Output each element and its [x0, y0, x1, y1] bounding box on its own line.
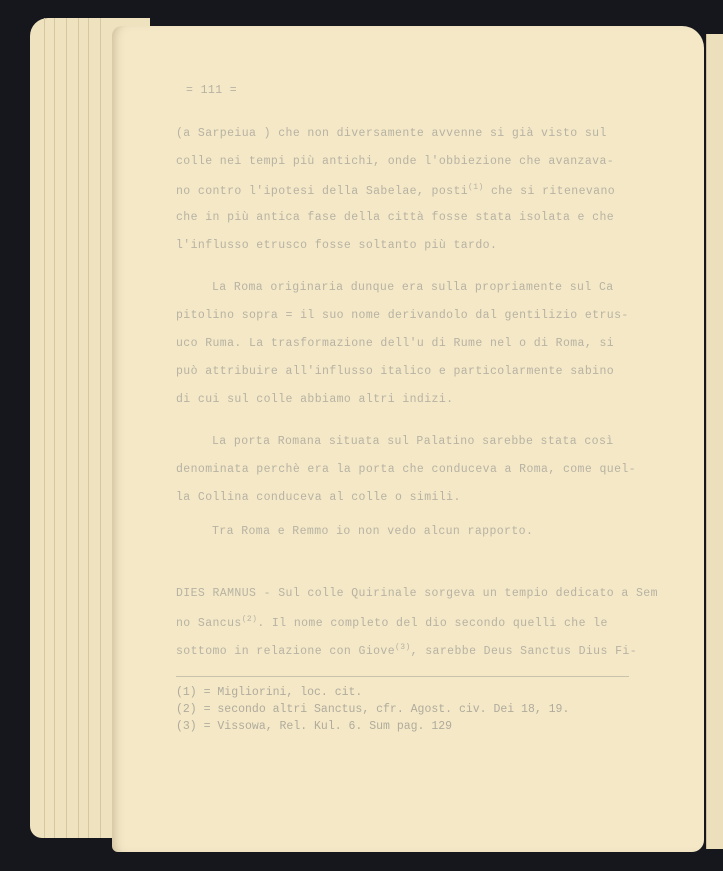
text-line: colle nei tempi più antichi, onde l'obbi…	[176, 155, 614, 168]
text-line: denominata perchè era la porta che condu…	[176, 463, 636, 476]
footnote-divider	[176, 676, 629, 677]
text-line: (a Sarpeiua ) che non diversamente avven…	[176, 127, 607, 140]
page-marker: = 111 =	[186, 84, 237, 97]
text-line: la Collina conduceva al colle o simili.	[176, 491, 461, 504]
footnote: (3) = Vissowa, Rel. Kul. 6. Sum pag. 129	[176, 720, 452, 733]
text-line: uco Ruma. La trasformazione dell'u di Ru…	[176, 337, 614, 350]
text-line: l'influsso etrusco fosse soltanto più ta…	[176, 239, 497, 252]
text-line: di cui sul colle abbiamo altri indizi.	[176, 393, 453, 406]
text-line: che in più antica fase della città fosse…	[176, 211, 614, 224]
facing-page-edge	[706, 34, 723, 849]
text-line: sottomo in relazione con Giove(3), sareb…	[176, 643, 637, 658]
footnote: (1) = Migliorini, loc. cit.	[176, 686, 362, 699]
text-line: DIES RAMNUS - Sul colle Quirinale sorgev…	[176, 587, 658, 600]
text-line: no contro l'ipotesi della Sabelae, posti…	[176, 183, 615, 198]
text-line: può attribuire all'influsso italico e pa…	[176, 365, 614, 378]
text-line: Tra Roma e Remmo io non vedo alcun rappo…	[212, 525, 533, 538]
footnote: (2) = secondo altri Sanctus, cfr. Agost.…	[176, 703, 569, 716]
text-line: pitolino sopra = il suo nome derivandolo…	[176, 309, 629, 322]
text-line: La Roma originaria dunque era sulla prop…	[212, 281, 614, 294]
text-line: La porta Romana situata sul Palatino sar…	[212, 435, 614, 448]
text-line: no Sancus(2). Il nome completo del dio s…	[176, 615, 608, 630]
